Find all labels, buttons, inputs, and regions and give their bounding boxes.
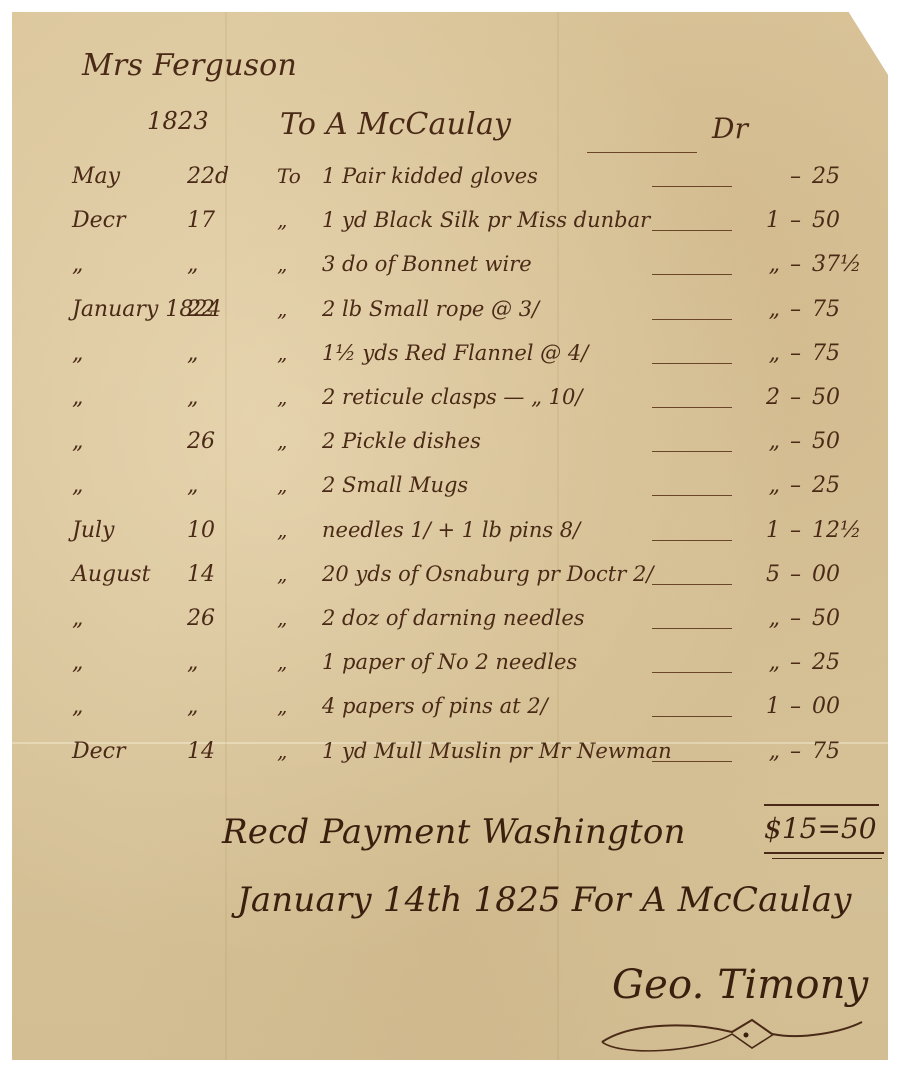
entry-dollars: 2	[750, 385, 780, 410]
entry-cents: 50	[812, 606, 840, 631]
entry-cents: 75	[812, 739, 840, 764]
leader-rule	[652, 186, 732, 187]
manuscript-paper: Mrs Ferguson 1823 To A McCaulay Dr May22…	[12, 12, 888, 1060]
ledger-row: January 182422„2 lb Small rope @ 3/„75–	[12, 297, 888, 337]
entry-to-mark: „	[277, 341, 287, 365]
entry-dollars: „	[750, 429, 780, 454]
ledger-row: Decr17„1 yd Black Silk pr Miss dunbar150…	[12, 208, 888, 248]
entry-month: „	[72, 429, 83, 454]
leader-rule	[652, 672, 732, 673]
ledger-row: August14„20 yds of Osnaburg pr Doctr 2/5…	[12, 562, 888, 602]
entry-to-mark: „	[277, 650, 287, 674]
entry-dollars: 1	[750, 208, 780, 233]
entry-month: „	[72, 341, 83, 366]
entry-description: 1 Pair kidded gloves	[322, 164, 538, 188]
leader-rule	[652, 274, 732, 275]
entry-to-mark: „	[277, 739, 287, 763]
amount-separator: –	[790, 518, 801, 543]
entry-month: Decr	[72, 739, 126, 764]
amount-separator: –	[790, 562, 801, 587]
entry-dollars: „	[750, 739, 780, 764]
entry-day: „	[187, 473, 198, 498]
amount-separator: –	[790, 650, 801, 675]
entry-description: 2 Pickle dishes	[322, 429, 481, 453]
entry-dollars: 1	[750, 694, 780, 719]
entry-month: July	[72, 518, 114, 543]
entry-month: „	[72, 385, 83, 410]
ledger-row: „26„2 doz of darning needles„50–	[12, 606, 888, 646]
leader-rule	[652, 716, 732, 717]
debtor-label: Dr	[712, 112, 748, 145]
entry-description: 4 papers of pins at 2/	[322, 694, 548, 718]
entry-month: August	[72, 562, 150, 587]
amount-separator: –	[790, 739, 801, 764]
entry-description: 1 paper of No 2 needles	[322, 650, 577, 674]
amount-separator: –	[790, 473, 801, 498]
entry-dollars: „	[750, 252, 780, 277]
amount-separator: –	[790, 252, 801, 277]
entry-description: 2 lb Small rope @ 3/	[322, 297, 539, 321]
total-rule-bottom-double	[772, 858, 882, 859]
entry-to-mark: „	[277, 473, 287, 497]
ledger-row: „„„1½ yds Red Flannel @ 4/„75–	[12, 341, 888, 381]
entry-month: „	[72, 650, 83, 675]
customer-name: Mrs Ferguson	[82, 48, 297, 83]
entry-cents: 25	[812, 650, 840, 675]
entry-day: „	[187, 252, 198, 277]
entry-month: „	[72, 473, 83, 498]
entry-day: „	[187, 650, 198, 675]
amount-separator: –	[790, 606, 801, 631]
header-rule	[587, 152, 697, 153]
entry-day: „	[187, 694, 198, 719]
total-rule-top	[764, 804, 879, 806]
entry-cents: 00	[812, 694, 840, 719]
entry-day: 26	[187, 429, 215, 454]
entry-cents: 25	[812, 473, 840, 498]
amount-separator: –	[790, 297, 801, 322]
entry-dollars: „	[750, 606, 780, 631]
entry-to-mark: „	[277, 208, 287, 232]
leader-rule	[652, 319, 732, 320]
entry-dollars: „	[750, 341, 780, 366]
leader-rule	[652, 407, 732, 408]
entry-cents: 12½	[812, 518, 861, 543]
entry-month: May	[72, 164, 120, 189]
entry-day: 10	[187, 518, 215, 543]
amount-separator: –	[790, 164, 801, 189]
vendor-name: To A McCaulay	[280, 107, 511, 142]
entry-month: Decr	[72, 208, 126, 233]
entry-description: 2 Small Mugs	[322, 473, 468, 497]
entry-to-mark: „	[277, 297, 287, 321]
amount-separator: –	[790, 429, 801, 454]
amount-separator: –	[790, 694, 801, 719]
ledger-row: „„„2 Small Mugs„25–	[12, 473, 888, 513]
ledger-row: „„„3 do of Bonnet wire„37½–	[12, 252, 888, 292]
entry-month: „	[72, 252, 83, 277]
entry-day: 22	[187, 297, 215, 322]
entry-description: 2 reticule clasps — „ 10/	[322, 385, 582, 409]
leader-rule	[652, 230, 732, 231]
entry-day: „	[187, 341, 198, 366]
receipt-line-1: Recd Payment Washington	[222, 812, 686, 852]
entry-day: 26	[187, 606, 215, 631]
entry-to-mark: „	[277, 562, 287, 586]
entry-cents: 00	[812, 562, 840, 587]
entry-dollars: „	[750, 297, 780, 322]
signature-flourish-icon	[592, 1002, 872, 1062]
entry-to-mark: To	[277, 164, 301, 188]
entry-cents: 50	[812, 385, 840, 410]
leader-rule	[652, 628, 732, 629]
leader-rule	[652, 495, 732, 496]
ledger-row: Decr14„1 yd Mull Muslin pr Mr Newman„75–	[12, 739, 888, 779]
entry-month: „	[72, 694, 83, 719]
amount-separator: –	[790, 341, 801, 366]
entry-cents: 25	[812, 164, 840, 189]
entry-day: 14	[187, 562, 215, 587]
entry-description: 1 yd Mull Muslin pr Mr Newman	[322, 739, 672, 763]
entry-cents: 50	[812, 429, 840, 454]
leader-rule	[652, 363, 732, 364]
entry-description: 1½ yds Red Flannel @ 4/	[322, 341, 588, 365]
entry-description: 3 do of Bonnet wire	[322, 252, 532, 276]
entry-to-mark: „	[277, 694, 287, 718]
entry-day: „	[187, 385, 198, 410]
receipt-line-2: January 14th 1825 For A McCaulay	[237, 880, 852, 920]
entry-dollars: 5	[750, 562, 780, 587]
entry-cents: 50	[812, 208, 840, 233]
amount-separator: –	[790, 208, 801, 233]
entry-day: 14	[187, 739, 215, 764]
entry-dollars: „	[750, 650, 780, 675]
account-year: 1823	[147, 107, 209, 135]
entry-cents: 75	[812, 297, 840, 322]
ledger-row: „26„2 Pickle dishes„50–	[12, 429, 888, 469]
amount-separator: –	[790, 385, 801, 410]
entry-month: „	[72, 606, 83, 631]
total-rule-bottom	[764, 852, 884, 854]
entry-cents: 37½	[812, 252, 861, 277]
leader-rule	[652, 540, 732, 541]
entry-to-mark: „	[277, 252, 287, 276]
total-amount: $15=50	[764, 812, 877, 845]
entry-to-mark: „	[277, 606, 287, 630]
leader-rule	[652, 761, 732, 762]
leader-rule	[652, 584, 732, 585]
ledger-row: „„„1 paper of No 2 needles„25–	[12, 650, 888, 690]
entry-day: 22d	[187, 164, 229, 189]
ledger-row: May22dTo1 Pair kidded gloves25–	[12, 164, 888, 204]
leader-rule	[652, 451, 732, 452]
entry-cents: 75	[812, 341, 840, 366]
entry-dollars: „	[750, 473, 780, 498]
entry-day: 17	[187, 208, 215, 233]
entry-to-mark: „	[277, 385, 287, 409]
ledger-row: „„„4 papers of pins at 2/100–	[12, 694, 888, 734]
entry-description: needles 1/ + 1 lb pins 8/	[322, 518, 580, 542]
entry-description: 1 yd Black Silk pr Miss dunbar	[322, 208, 650, 232]
entry-dollars: 1	[750, 518, 780, 543]
ledger-row: July10„needles 1/ + 1 lb pins 8/112½–	[12, 518, 888, 558]
ledger-row: „„„2 reticule clasps — „ 10/250–	[12, 385, 888, 425]
entry-to-mark: „	[277, 429, 287, 453]
entry-to-mark: „	[277, 518, 287, 542]
entry-description: 2 doz of darning needles	[322, 606, 585, 630]
entry-description: 20 yds of Osnaburg pr Doctr 2/	[322, 562, 653, 586]
